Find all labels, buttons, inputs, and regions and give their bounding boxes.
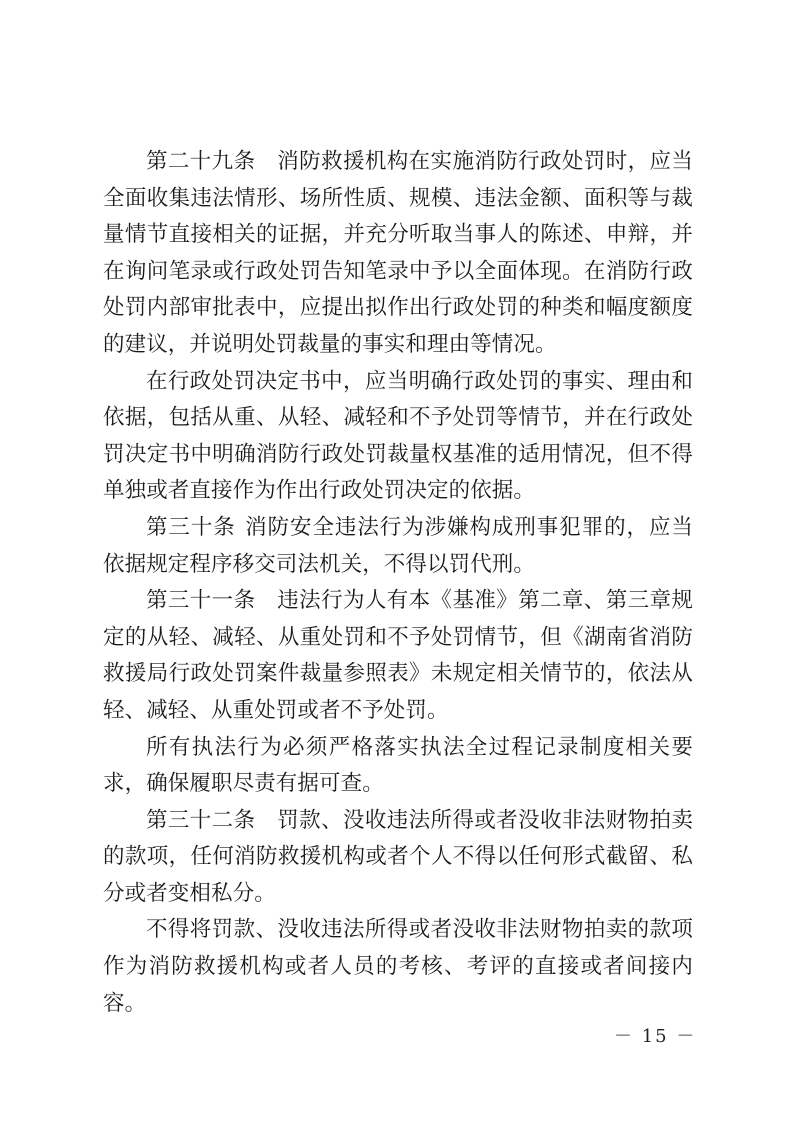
article-number: 第三十二条 [146,808,255,833]
page-number: － 15 － [614,1022,696,1048]
paragraph-text: 在行政处罚决定书中，应当明确行政处罚的事实、理由和依据，包括从重、从轻、减轻和不… [103,369,693,504]
article-32-paragraph: 第三十二条罚款、没收违法所得或者没收非法财物拍卖的款项，任何消防救援机构或者个人… [103,803,693,913]
article-31-paragraph-2: 所有执法行为必须严格落实执法全过程记录制度相关要求，确保履职尽责有据可查。 [103,730,693,803]
article-30-paragraph: 第三十条消防安全违法行为涉嫌构成刑事犯罪的，应当依据规定程序移交司法机关，不得以… [103,510,693,583]
document-body: 第二十九条消防救援机构在实施消防行政处罚时，应当全面收集违法情形、场所性质、规模… [103,144,693,1022]
article-number: 第二十九条 [146,149,255,174]
article-number: 第三十条 [146,515,236,540]
paragraph-text: 不得将罚款、没收违法所得或者没收非法财物拍卖的款项作为消防救援机构或者人员的考核… [103,917,693,1015]
paragraph-text: 所有执法行为必须严格落实执法全过程记录制度相关要求，确保履职尽责有据可查。 [103,735,693,797]
article-29-paragraph: 第二十九条消防救援机构在实施消防行政处罚时，应当全面收集违法情形、场所性质、规模… [103,144,693,364]
article-number: 第三十一条 [146,588,255,613]
paragraph-text: 消防救援机构在实施消防行政处罚时，应当全面收集违法情形、场所性质、规模、违法金额… [103,149,693,357]
article-31-paragraph: 第三十一条违法行为人有本《基准》第二章、第三章规定的从轻、减轻、从重处罚和不予处… [103,583,693,729]
article-29-paragraph-2: 在行政处罚决定书中，应当明确行政处罚的事实、理由和依据，包括从重、从轻、减轻和不… [103,364,693,510]
article-32-paragraph-2: 不得将罚款、没收违法所得或者没收非法财物拍卖的款项作为消防救援机构或者人员的考核… [103,912,693,1022]
